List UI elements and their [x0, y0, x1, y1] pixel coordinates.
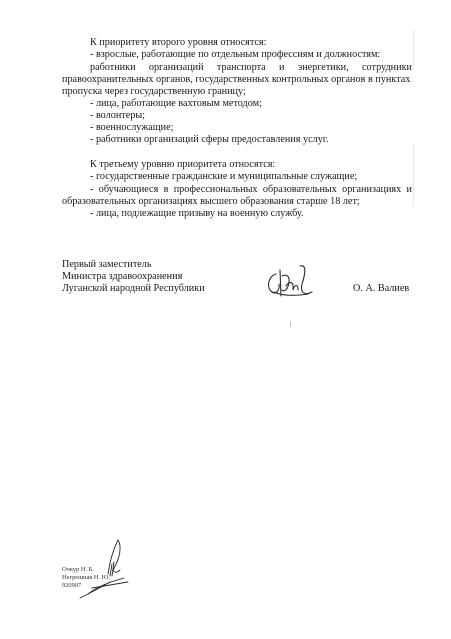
word: энергетики, [298, 62, 349, 74]
word: профессиональных [174, 184, 258, 196]
word: обучающиеся [99, 184, 159, 196]
initials-signature-icon [70, 538, 145, 600]
section2-item: - работники организаций сферы предоставл… [90, 134, 328, 146]
signatory-title-line3: Луганской народной Республики [62, 283, 205, 295]
signatory-title-line1: Первый заместитель [62, 259, 152, 271]
signatory-title-line2: Министра здравоохранения [62, 271, 182, 283]
section2-item: - лица, работающие вахтовым методом; [90, 98, 262, 110]
scan-artifact [413, 30, 414, 70]
word: сотрудники [362, 62, 412, 74]
section2-item-justified: работники организаций транспорта и энерг… [90, 62, 412, 74]
signatory-name: О. А. Валиев [353, 283, 409, 295]
word: в [164, 184, 169, 196]
handwritten-signature-icon [262, 262, 320, 304]
section3-item: - государственные гражданские и муниципа… [90, 171, 357, 183]
section2-item: - волонтеры; [90, 110, 145, 122]
section3-item: - лица, подлежащие призыву на военную сл… [90, 208, 304, 220]
document-page: К приоритету второго уровня относятся: -… [0, 0, 451, 639]
section2-item: - военнослужащие; [90, 122, 173, 134]
word: и [279, 62, 284, 74]
section2-heading: К приоритету второго уровня относятся: [90, 37, 266, 49]
section3-heading: К третьему уровню приоритета относятся: [90, 159, 275, 171]
scan-artifact [413, 145, 414, 205]
word: организациях [342, 184, 401, 196]
section2-item: - взрослые, работающие по отдельным проф… [90, 49, 380, 61]
word: и [407, 184, 412, 196]
word: образовательных [263, 184, 337, 196]
section3-item: образовательных организациях высшего обр… [62, 196, 360, 208]
scan-artifact [290, 322, 291, 327]
word: - [90, 184, 93, 196]
word: транспорта [217, 62, 266, 74]
section2-item: правоохранительных органов, государствен… [62, 74, 410, 86]
word: работники [90, 62, 136, 74]
section3-item-justified: - обучающиеся в профессиональных образов… [90, 184, 412, 196]
section2-item: пропуска через государственную границу; [62, 86, 246, 98]
word: организаций [149, 62, 204, 74]
